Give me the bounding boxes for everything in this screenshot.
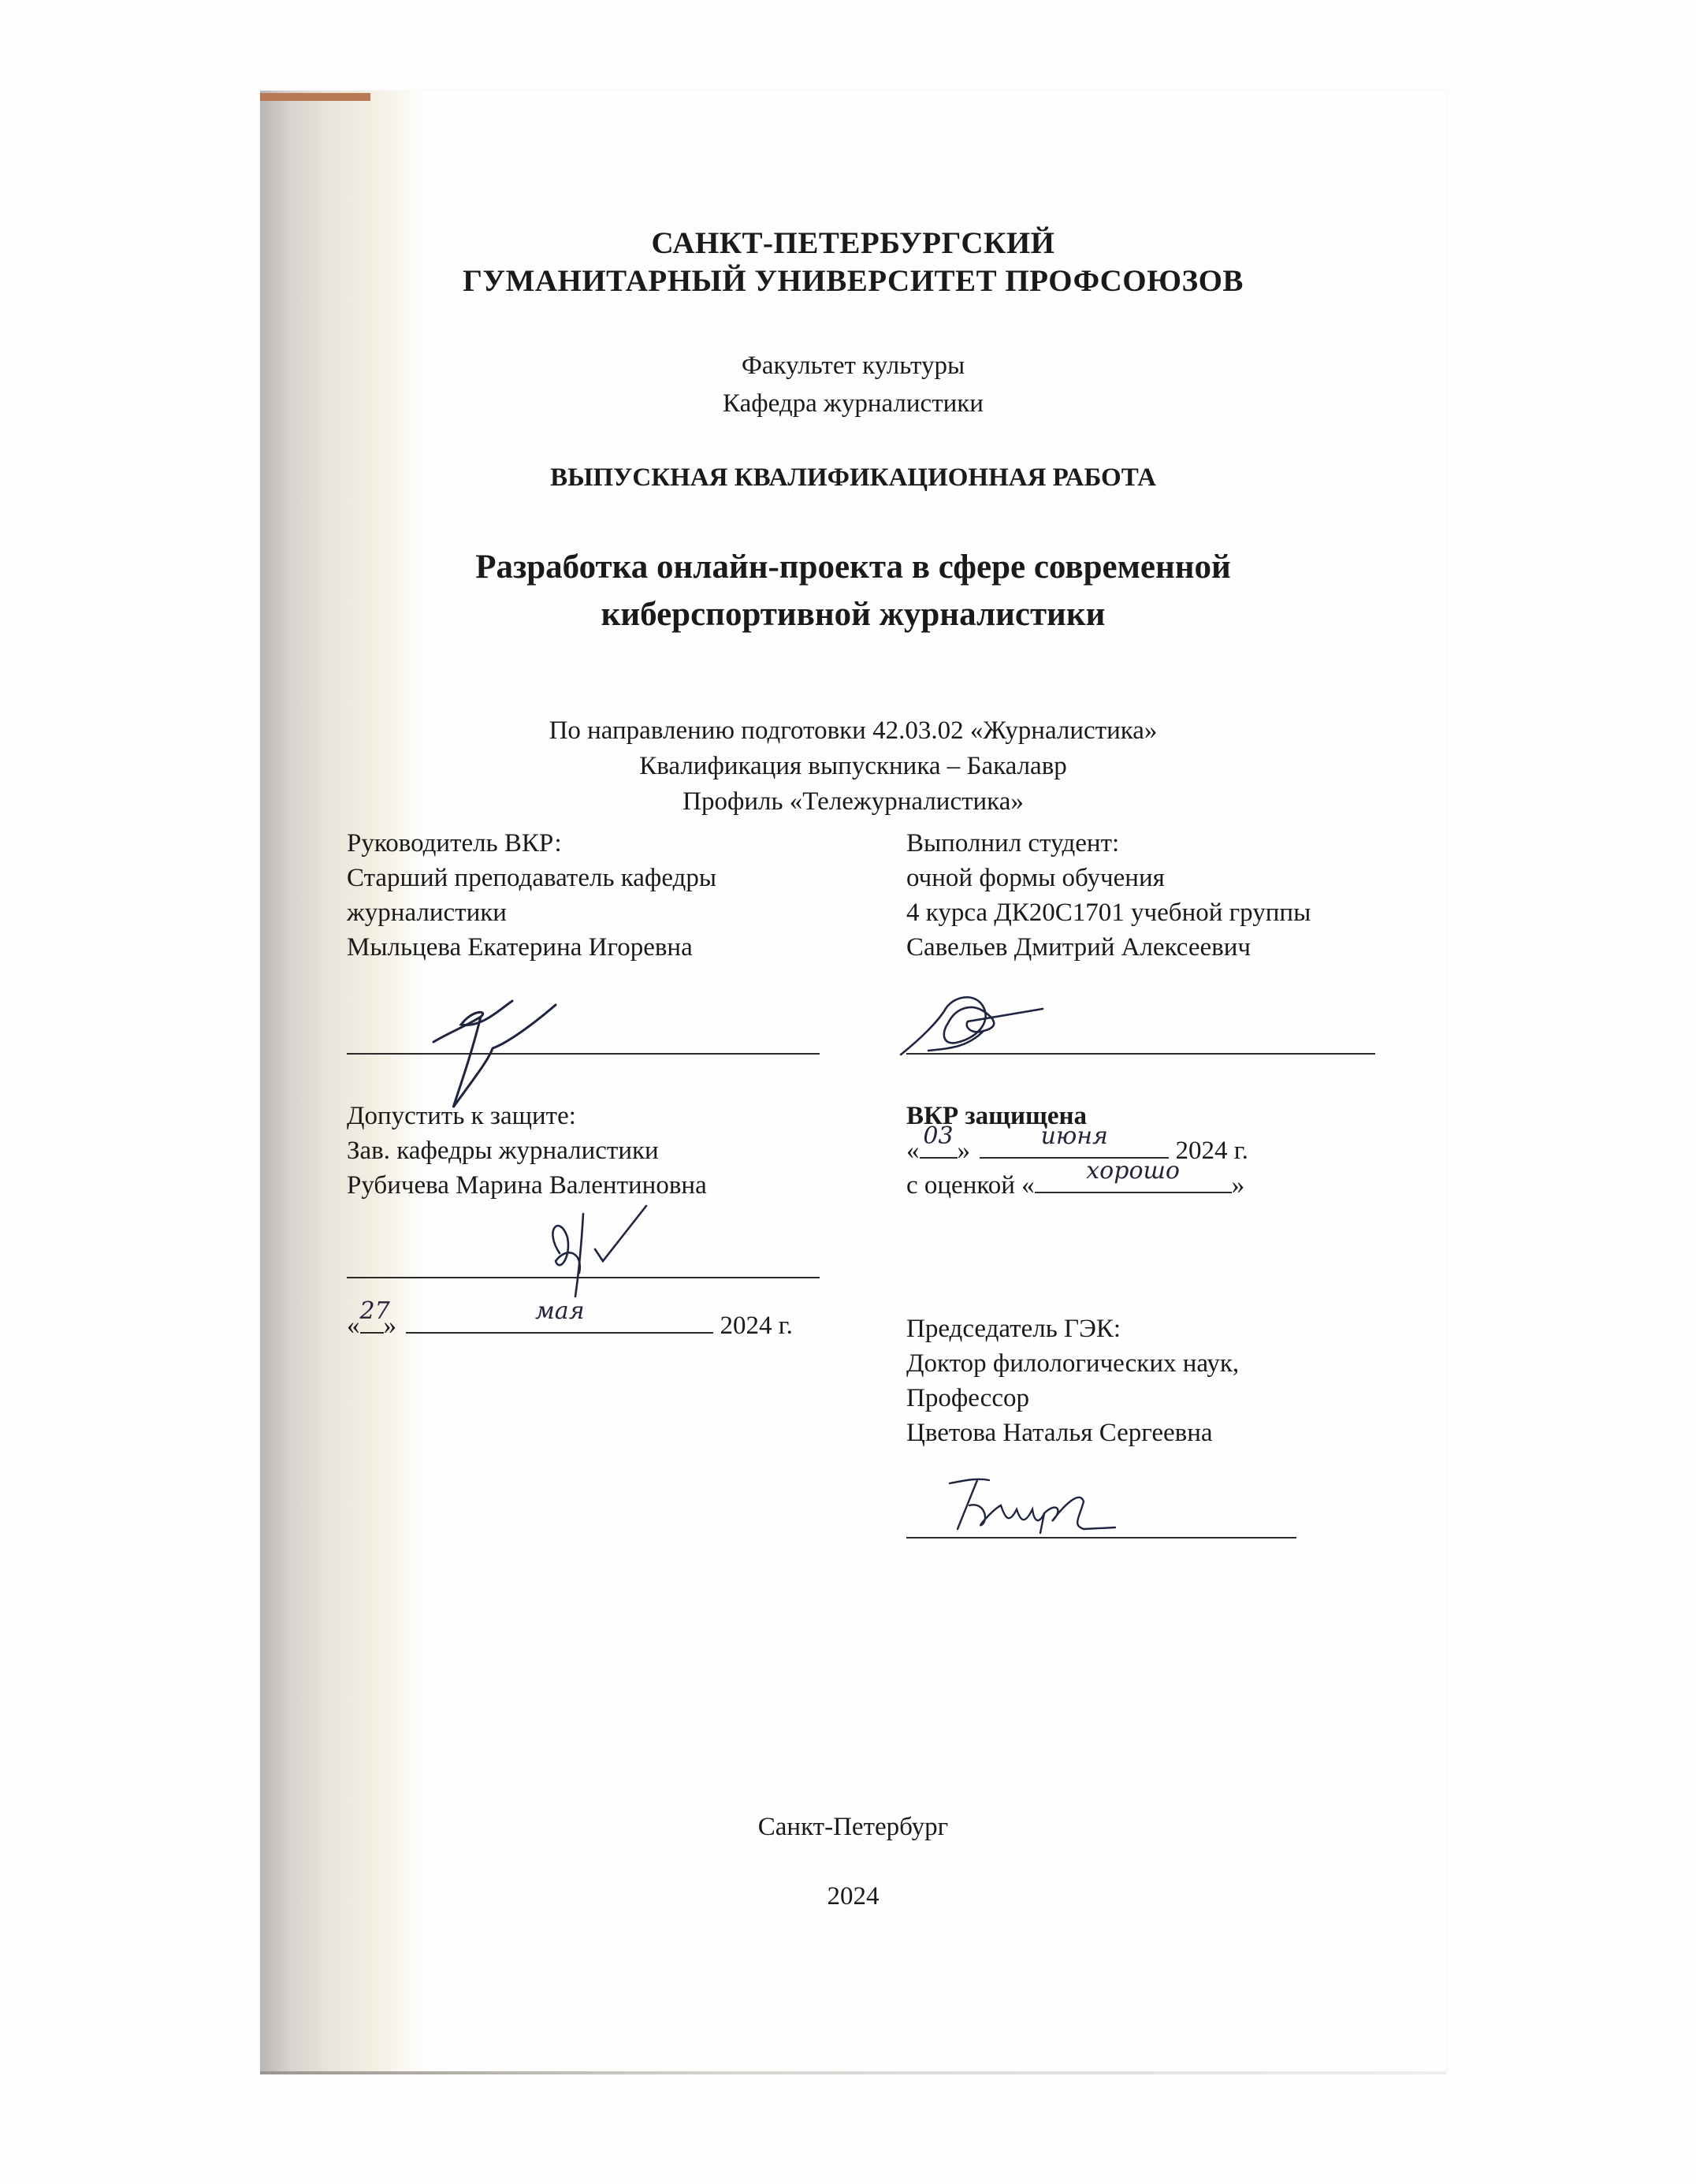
footer-city: Санкт-Петербург: [260, 1813, 1446, 1842]
faculty-name: Факультет культуры: [260, 347, 1446, 385]
program-info: По направлению подготовки 42.03.02 «Журн…: [260, 713, 1446, 820]
admission-label: Допустить к защите:: [347, 1099, 707, 1133]
defense-month-value: июня: [980, 1119, 1169, 1154]
university-line-2: ГУМАНИТАРНЫЙ УНИВЕРСИТЕТ ПРОФСОЮЗОВ: [260, 262, 1446, 300]
student-name: Савельев Дмитрий Алексеевич: [906, 930, 1311, 965]
admission-day-value: 27: [360, 1294, 384, 1329]
admission-day-field: 27: [360, 1308, 384, 1334]
student-block: Выполнил студент: очной формы обучения 4…: [906, 826, 1311, 965]
department-name: Кафедра журналистики: [260, 385, 1446, 422]
program-direction: По направлению подготовки 42.03.02 «Журн…: [260, 713, 1446, 749]
grade-value: хорошо: [1035, 1154, 1232, 1189]
supervisor-position-2: журналистики: [347, 895, 716, 930]
faculty-block: Факультет культуры Кафедра журналистики: [260, 347, 1446, 422]
chair-signature: [946, 1474, 1119, 1541]
admission-block: Допустить к защите: Зав. кафедры журнали…: [347, 1099, 707, 1203]
chair-label: Председатель ГЭК:: [906, 1312, 1239, 1346]
admission-date: «27» мая 2024 г.: [347, 1308, 793, 1343]
thesis-title-line-2: киберспортивной журналистики: [260, 591, 1446, 638]
admission-position: Зав. кафедры журналистики: [347, 1133, 707, 1168]
thesis-title-line-1: Разработка онлайн-проекта в сфере соврем…: [260, 544, 1446, 591]
supervisor-block: Руководитель ВКР: Старший преподаватель …: [347, 826, 716, 965]
supervisor-name: Мыльцева Екатерина Игоревна: [347, 930, 716, 965]
admission-signature: [536, 1198, 662, 1304]
chair-name: Цветова Наталья Сергеевна: [906, 1416, 1239, 1450]
defense-day-field: 03: [920, 1133, 958, 1159]
program-profile: Профиль «Тележурналистика»: [260, 784, 1446, 820]
student-form: очной формы обучения: [906, 861, 1311, 895]
chair-title: Профессор: [906, 1381, 1239, 1416]
thesis-title: Разработка онлайн-проекта в сфере соврем…: [260, 544, 1446, 638]
work-type: ВЫПУСКНАЯ КВАЛИФИКАЦИОННАЯ РАБОТА: [260, 463, 1446, 493]
student-signature: [897, 992, 1054, 1066]
student-label: Выполнил студент:: [906, 826, 1311, 861]
page-bottom-edge: [260, 2071, 1446, 2074]
supervisor-label: Руководитель ВКР:: [347, 826, 716, 861]
supervisor-position-1: Старший преподаватель кафедры: [347, 861, 716, 895]
admission-month-value: мая: [406, 1294, 713, 1329]
program-qualification: Квалификация выпускника – Бакалавр: [260, 749, 1446, 784]
student-group: 4 курса ДК20С1701 учебной группы: [906, 895, 1311, 930]
admission-month-field: мая: [406, 1308, 713, 1334]
defense-day-value: 03: [920, 1119, 958, 1154]
defense-block: ВКР защищена «03» июня 2024 г. с оценкой…: [906, 1099, 1248, 1203]
grade-field: хорошо: [1035, 1168, 1232, 1193]
university-name: САНКТ-ПЕТЕРБУРГСКИЙ ГУМАНИТАРНЫЙ УНИВЕРС…: [260, 225, 1446, 300]
grade-prefix: с оценкой «: [906, 1171, 1035, 1200]
supervisor-signature-line: [347, 1053, 820, 1055]
chair-block: Председатель ГЭК: Доктор филологических …: [906, 1312, 1239, 1450]
chair-degree: Доктор филологических наук,: [906, 1346, 1239, 1381]
university-line-1: САНКТ-ПЕТЕРБУРГСКИЙ: [260, 225, 1446, 262]
footer-year: 2024: [260, 1882, 1446, 1911]
admission-year: 2024 г.: [720, 1312, 793, 1340]
binding-strip: [260, 93, 370, 101]
